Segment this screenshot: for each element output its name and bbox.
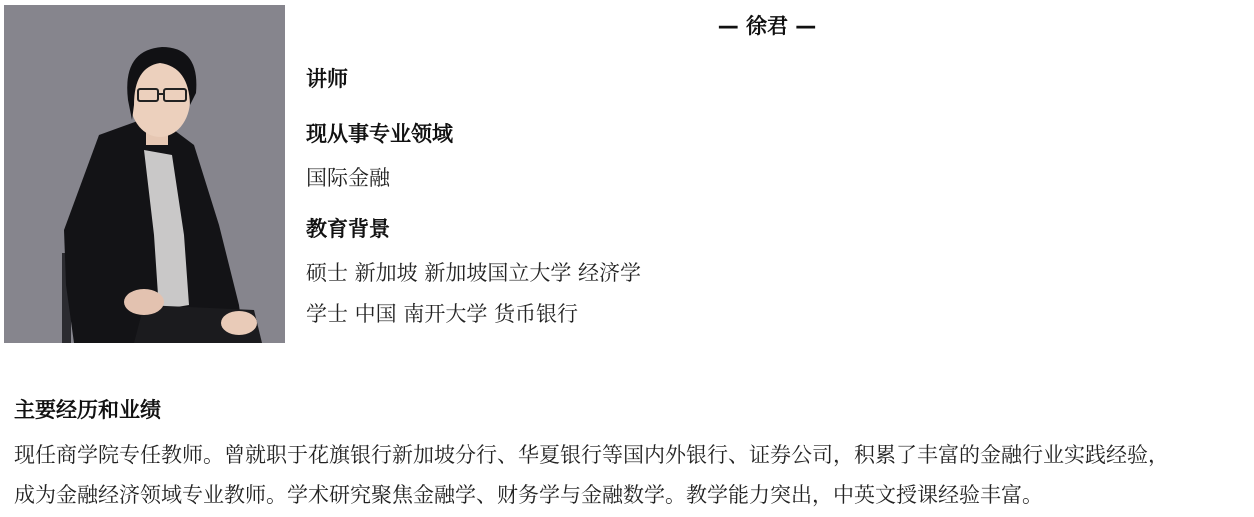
education-item: 硕士 新加坡 新加坡国立大学 经济学 [306,258,641,288]
portrait-photo [4,5,285,343]
experience-section: 主要经历和业绩 现任商学院专任教师。曾就职于花旗银行新加坡分行、华夏银行等国内外… [14,395,1254,515]
experience-line: 成为金融经济领域专业教师。学术研究聚焦金融学、财务学与金融数学。教学能力突出，中… [14,475,1254,515]
profile-header: — 徐君 — 讲师 现从事专业领域 国际金融 教育背景 硕士 新加坡 新加坡国立… [0,0,1254,350]
education-item: 学士 中国 南开大学 货币银行 [306,299,578,329]
teacher-name: — 徐君 — [306,12,1228,40]
field-label: 现从事专业领域 [306,119,453,149]
portrait-image [4,5,285,343]
education-label: 教育背景 [306,214,390,244]
teacher-title: 讲师 [306,64,348,94]
experience-label: 主要经历和业绩 [14,395,1254,425]
experience-line: 现任商学院专任教师。曾就职于花旗银行新加坡分行、华夏银行等国内外银行、证券公司，… [14,435,1254,475]
field-value: 国际金融 [306,163,390,193]
experience-text: 现任商学院专任教师。曾就职于花旗银行新加坡分行、华夏银行等国内外银行、证券公司，… [14,435,1254,515]
